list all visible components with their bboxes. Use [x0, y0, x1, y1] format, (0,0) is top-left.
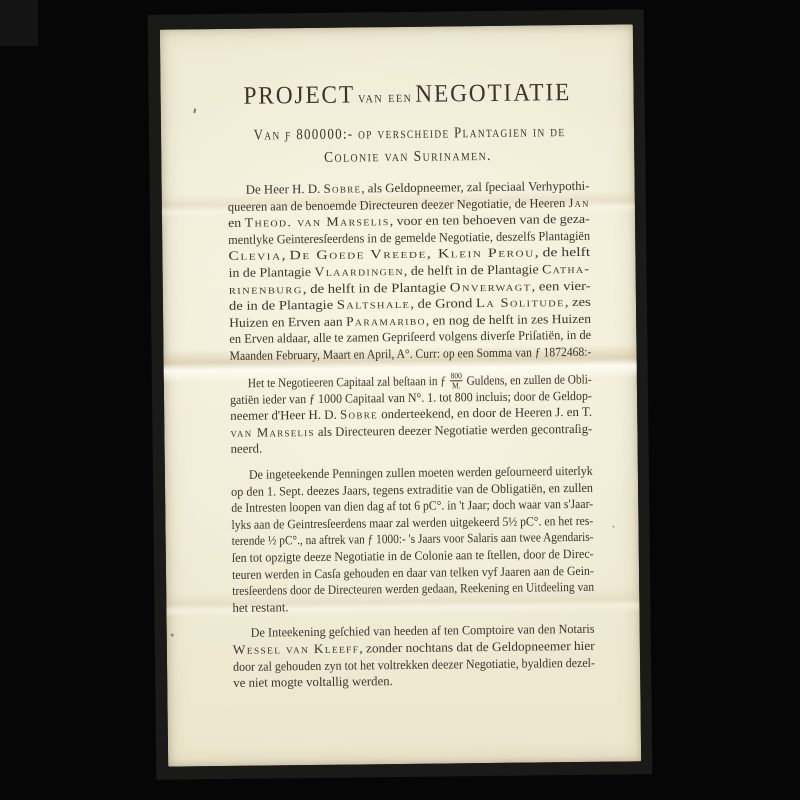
- ink-speck: [193, 108, 196, 113]
- document-body: De Heer H. D. Sobre, als Geldopneemer, z…: [228, 178, 596, 692]
- ink-speck: [171, 634, 174, 637]
- ink-speck: [613, 526, 615, 528]
- document-paper: PROJECT van een NEGOTIATIEVan ƒ 800000:-…: [160, 24, 641, 766]
- paragraph: De Inteekening geſchied van heeden af te…: [233, 621, 596, 691]
- stacked-fraction: 800M.: [450, 371, 463, 388]
- paper-shadow-frame: PROJECT van een NEGOTIATIEVan ƒ 800000:-…: [148, 9, 653, 780]
- paragraph: De Heer H. D. Sobre, als Geldopneemer, z…: [228, 178, 592, 365]
- scan-corner-artifact: [0, 0, 38, 46]
- paragraph: De ingeteekende Penningen zullen moeten …: [231, 463, 595, 616]
- text-column: PROJECT van een NEGOTIATIEVan ƒ 800000:-…: [226, 25, 595, 692]
- photo-background: { "scene": { "background_color": "#06060…: [0, 0, 800, 800]
- text-line: Van ƒ 800000:- op verscheide Plantagien …: [227, 122, 589, 146]
- text-line: Colonie van Surinamen.: [227, 145, 589, 169]
- text-line: PROJECT van een NEGOTIATIE: [226, 79, 588, 114]
- paragraph: Het te Negotieeren Capitaal zal beſtaan …: [230, 369, 593, 458]
- text-line: Maanden February, Maart en April, A°. Cu…: [229, 344, 591, 365]
- document-title: PROJECT van een NEGOTIATIEVan ƒ 800000:-…: [226, 79, 589, 169]
